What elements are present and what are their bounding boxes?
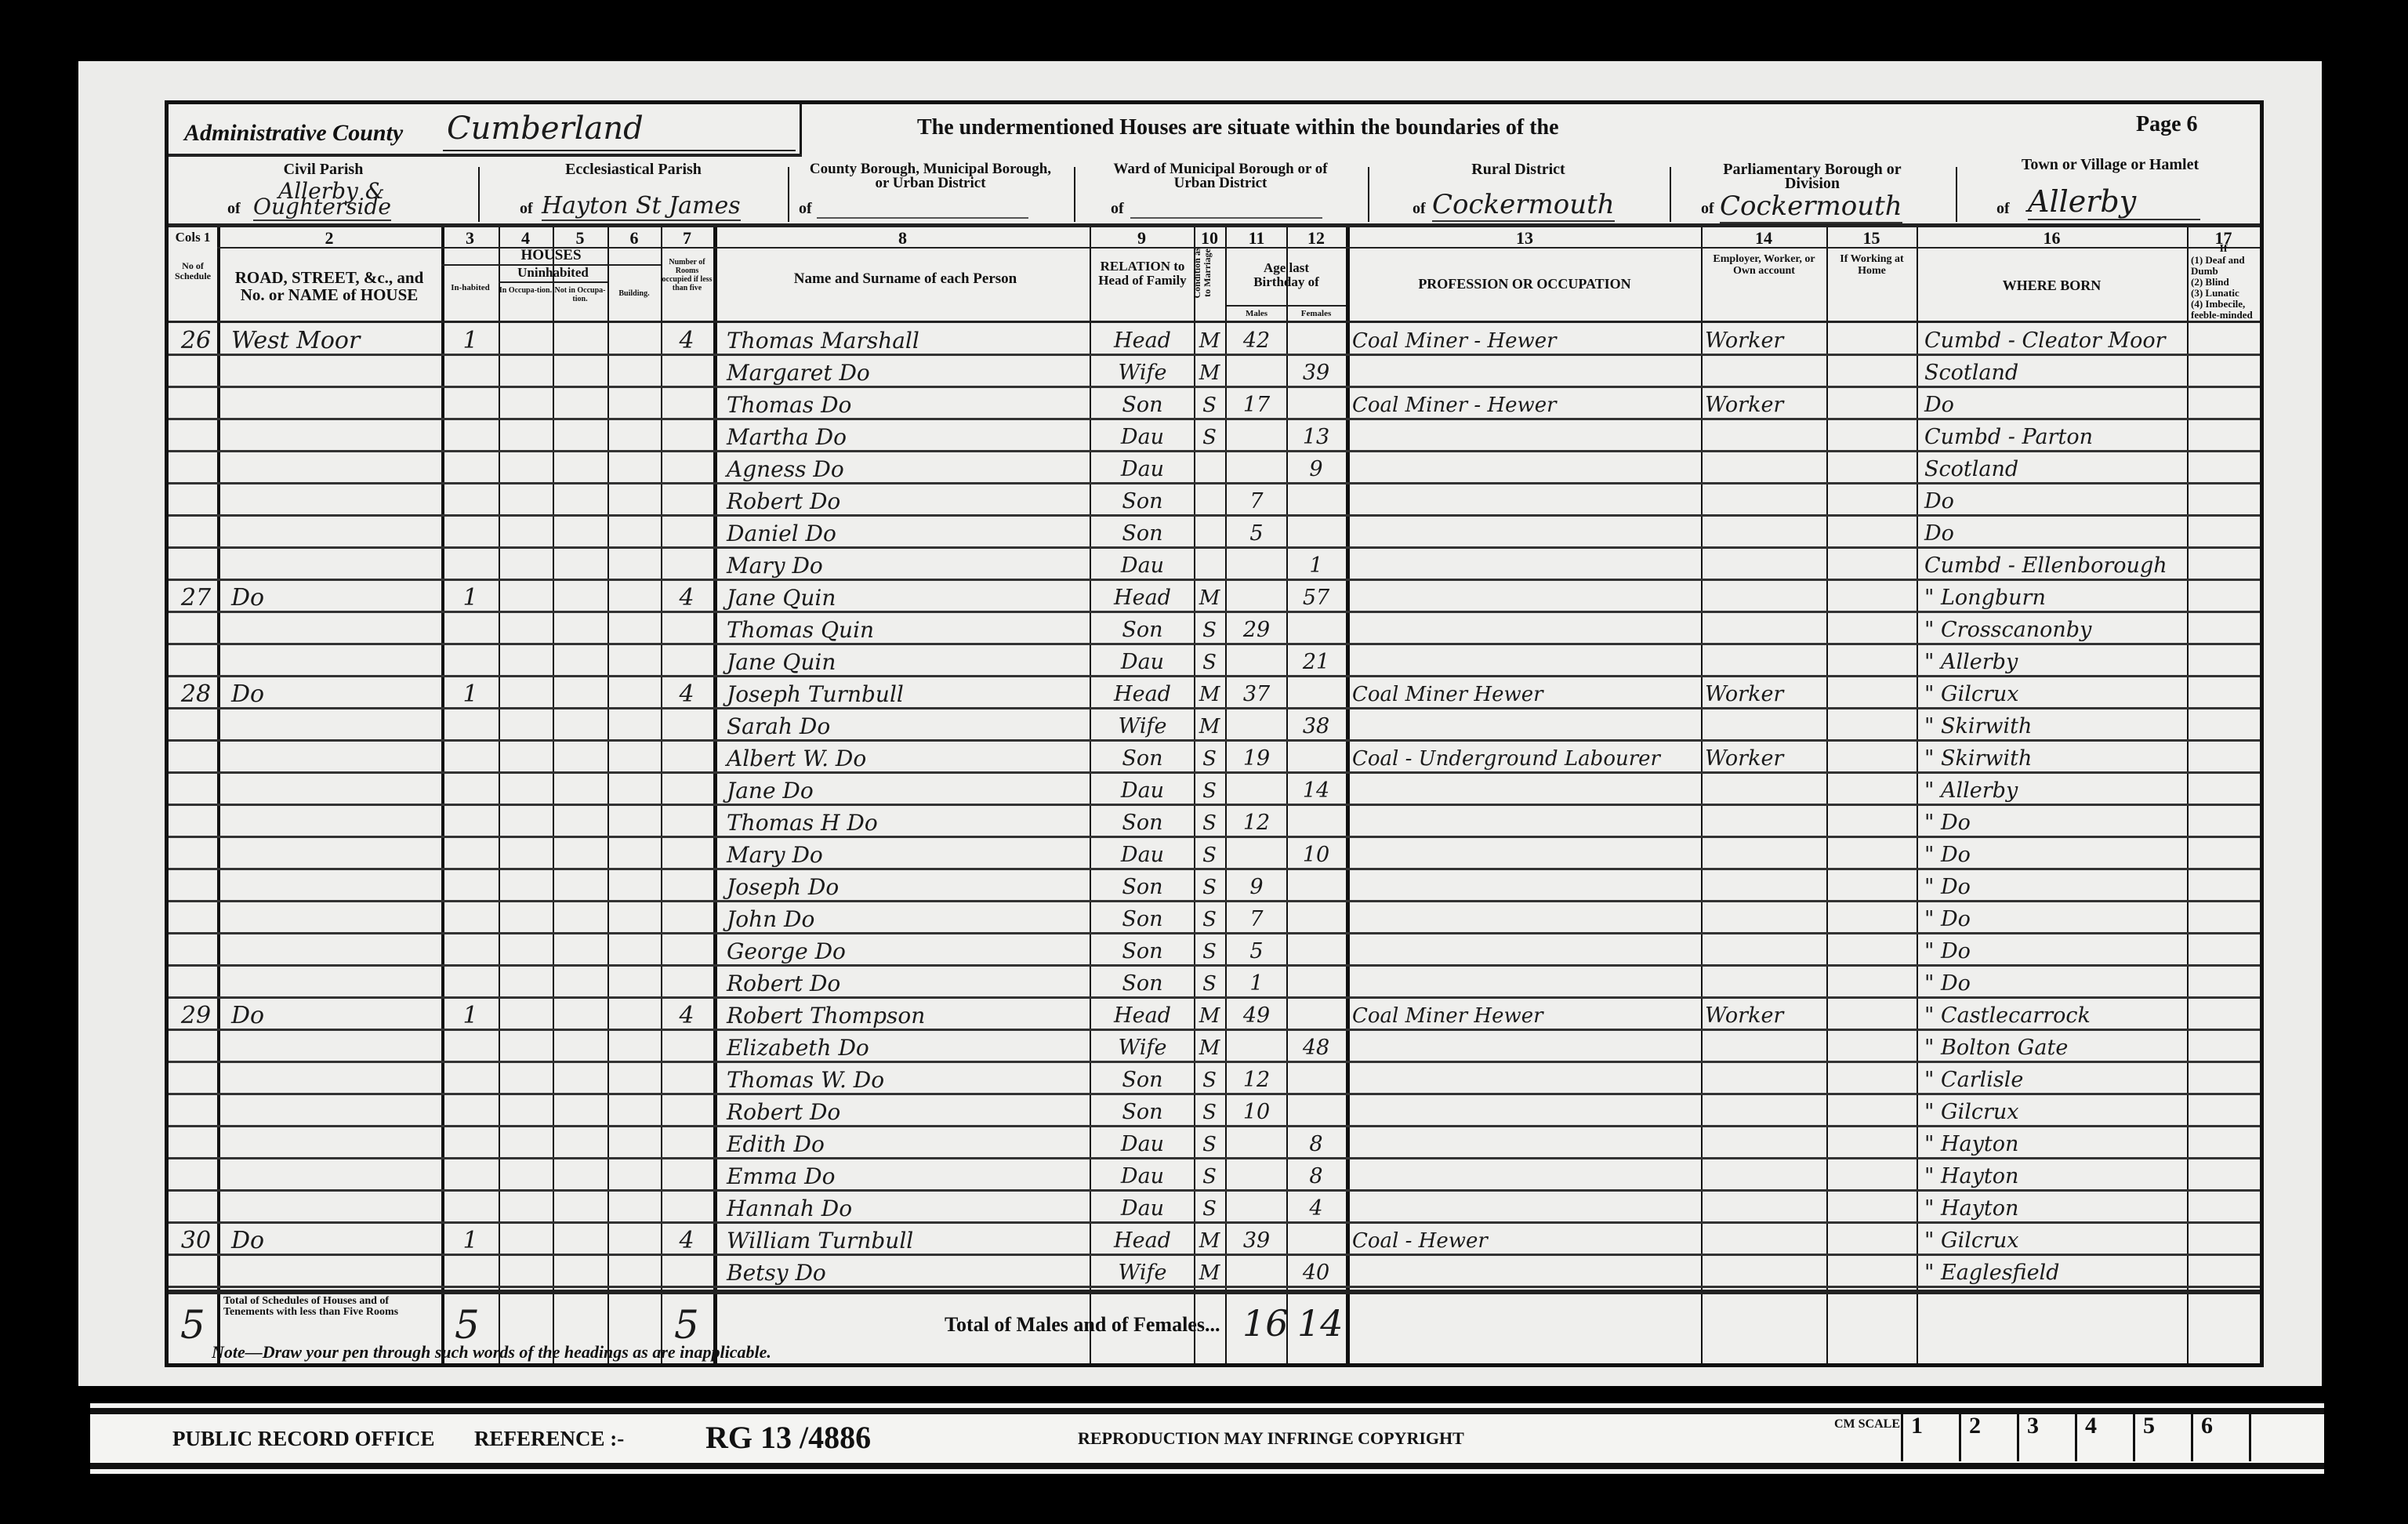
census-row: Mary DoDau1Cumbd - Ellenborough xyxy=(169,549,2260,581)
total-inhabited: 5 xyxy=(455,1302,480,1348)
cell-inhabited xyxy=(443,902,498,934)
road-header: ROAD, STREET, &c., and No. or NAME of HO… xyxy=(223,269,435,303)
cell-relation: Son xyxy=(1093,484,1191,517)
cell-name: Robert Thompson xyxy=(727,999,1087,1031)
cell-rooms: 4 xyxy=(662,677,711,709)
cell-condition: M xyxy=(1194,1256,1225,1288)
cell-female-age xyxy=(1286,517,1346,549)
rural-district-label: Rural District xyxy=(1369,162,1667,176)
of-label: of xyxy=(1701,200,1714,218)
cell-condition: M xyxy=(1194,356,1225,388)
cell-female-age xyxy=(1286,967,1346,999)
cell-born: " Eaglesfield xyxy=(1924,1256,2183,1288)
col-number: 4 xyxy=(499,228,553,249)
census-row: Daniel DoSon5Do xyxy=(169,517,2260,549)
cell-road xyxy=(231,356,435,388)
cell-female-age xyxy=(1286,613,1346,645)
cell-road xyxy=(231,709,435,742)
census-row: 30Do14William TurnbullHeadM39Coal - Hewe… xyxy=(169,1224,2260,1256)
cell-female-age xyxy=(1286,1224,1346,1256)
cell-condition: S xyxy=(1194,870,1225,902)
census-row: 27Do14Jane QuinHeadM57" Longburn xyxy=(169,581,2260,613)
col-number: Cols 1 xyxy=(169,230,217,245)
cell-inhabited xyxy=(443,517,498,549)
cell-occupation xyxy=(1352,581,1697,613)
cell-rooms xyxy=(662,356,711,388)
parl-borough-label: Parliamentary Borough or Division xyxy=(1671,162,1953,190)
cell-employer xyxy=(1705,452,1822,484)
cell-name: Thomas H Do xyxy=(727,806,1087,838)
cell-relation: Dau xyxy=(1093,1159,1191,1192)
cell-road xyxy=(231,1127,435,1159)
cell-name: Robert Do xyxy=(727,1095,1087,1127)
cell-relation: Son xyxy=(1093,870,1191,902)
cell-relation: Son xyxy=(1093,1095,1191,1127)
cell-schedule xyxy=(175,934,217,967)
county-borough-blank xyxy=(817,217,1028,219)
scale-mark: 2 xyxy=(1959,1410,2015,1461)
cell-born: " Longburn xyxy=(1924,581,2183,613)
cell-schedule xyxy=(175,388,217,420)
cell-occupation xyxy=(1352,870,1697,902)
cell-inhabited xyxy=(443,742,498,774)
cell-rooms: 4 xyxy=(662,581,711,613)
cell-condition: M xyxy=(1194,677,1225,709)
col-number: 11 xyxy=(1227,228,1286,249)
cell-schedule xyxy=(175,1095,217,1127)
cell-condition: S xyxy=(1194,1159,1225,1192)
census-row: Thomas W. DoSonS12" Carlisle xyxy=(169,1063,2260,1095)
town-box: Town or Village or Hamlet of Allerby xyxy=(1957,158,2263,223)
cell-employer xyxy=(1705,838,1822,870)
cell-male-age: 12 xyxy=(1227,1063,1286,1095)
cell-condition: S xyxy=(1194,967,1225,999)
cell-schedule: 26 xyxy=(175,324,217,356)
cell-schedule xyxy=(175,1192,217,1224)
cell-road xyxy=(231,484,435,517)
divider xyxy=(169,154,802,157)
header-divider xyxy=(169,223,2260,227)
census-row: John DoSonS7" Do xyxy=(169,902,2260,934)
cell-employer xyxy=(1705,1192,1822,1224)
rural-district-box: Rural District of Cockermouth xyxy=(1369,158,1667,223)
cell-occupation xyxy=(1352,1031,1697,1063)
cell-employer xyxy=(1705,613,1822,645)
cell-rooms: 4 xyxy=(662,999,711,1031)
cell-occupation xyxy=(1352,806,1697,838)
cell-name: Agness Do xyxy=(727,452,1087,484)
cell-road: Do xyxy=(231,677,435,709)
cell-born: " Hayton xyxy=(1924,1159,2183,1192)
cell-road xyxy=(231,1159,435,1192)
cell-female-age: 13 xyxy=(1286,420,1346,452)
cell-schedule xyxy=(175,517,217,549)
schedule-header: No of Schedule xyxy=(169,261,217,281)
cell-employer xyxy=(1705,645,1822,677)
parl-borough-box: Parliamentary Borough or Division of Coc… xyxy=(1671,158,1953,223)
cell-born: " Do xyxy=(1924,838,2183,870)
cell-rooms xyxy=(662,774,711,806)
scale-mark: 1 xyxy=(1901,1410,1957,1461)
cell-occupation xyxy=(1352,1256,1697,1288)
cell-female-age xyxy=(1286,324,1346,356)
cell-employer xyxy=(1705,1063,1822,1095)
cell-relation: Wife xyxy=(1093,709,1191,742)
cell-male-age xyxy=(1227,709,1286,742)
cell-schedule xyxy=(175,356,217,388)
cell-born: " Gilcrux xyxy=(1924,1224,2183,1256)
cell-schedule xyxy=(175,709,217,742)
cell-condition: S xyxy=(1194,1063,1225,1095)
census-row: Thomas QuinSonS29" Crosscanonby xyxy=(169,613,2260,645)
cell-inhabited xyxy=(443,709,498,742)
cell-condition: S xyxy=(1194,420,1225,452)
cell-occupation xyxy=(1352,613,1697,645)
eccl-parish-label: Ecclesiastical Parish xyxy=(481,162,786,176)
cell-schedule xyxy=(175,1159,217,1192)
cell-female-age xyxy=(1286,1095,1346,1127)
civil-parish-box: Civil Parish Allerby & of Oughterside xyxy=(169,158,478,223)
cell-schedule xyxy=(175,742,217,774)
cell-schedule: 27 xyxy=(175,581,217,613)
uninhabited-header: Uninhabited xyxy=(499,266,607,280)
cell-employer xyxy=(1705,356,1822,388)
census-form: Administrative County Cumberland The und… xyxy=(165,100,2264,1367)
cell-female-age xyxy=(1286,388,1346,420)
cell-relation: Head xyxy=(1093,677,1191,709)
cell-name: Jane Quin xyxy=(727,581,1087,613)
cell-condition xyxy=(1194,549,1225,581)
cell-condition: S xyxy=(1194,613,1225,645)
cell-relation: Dau xyxy=(1093,420,1191,452)
cell-rooms xyxy=(662,870,711,902)
cell-road xyxy=(231,645,435,677)
cell-road xyxy=(231,1063,435,1095)
cell-born: " Do xyxy=(1924,870,2183,902)
infirmity-item: (4) Imbecile, feeble-minded xyxy=(2191,299,2261,321)
cell-employer xyxy=(1705,484,1822,517)
census-row: 29Do14Robert ThompsonHeadM49Coal Miner H… xyxy=(169,999,2260,1031)
cell-relation: Son xyxy=(1093,902,1191,934)
cell-condition: S xyxy=(1194,902,1225,934)
females-header: Females xyxy=(1286,307,1346,321)
cell-occupation: Coal Miner - Hewer xyxy=(1352,388,1697,420)
cell-relation: Dau xyxy=(1093,549,1191,581)
cell-inhabited xyxy=(443,613,498,645)
condition-header: Condition as to Marriage xyxy=(1192,245,1213,300)
cell-condition: S xyxy=(1194,1127,1225,1159)
relation-header: RELATION to Head of Family xyxy=(1093,259,1191,288)
cell-occupation xyxy=(1352,774,1697,806)
cell-male-age xyxy=(1227,1192,1286,1224)
cell-schedule xyxy=(175,549,217,581)
cell-road xyxy=(231,613,435,645)
cell-relation: Dau xyxy=(1093,1127,1191,1159)
cell-inhabited xyxy=(443,1256,498,1288)
ward-box: Ward of Municipal Borough or of Urban Di… xyxy=(1075,158,1365,223)
cell-born: " Do xyxy=(1924,902,2183,934)
cell-road: Do xyxy=(231,581,435,613)
cell-male-age xyxy=(1227,1031,1286,1063)
parl-borough-value: Cockermouth xyxy=(1720,190,1902,223)
of-label: of xyxy=(1996,200,2010,218)
cell-male-age: 9 xyxy=(1227,870,1286,902)
cell-name: Mary Do xyxy=(727,549,1087,581)
cell-schedule: 29 xyxy=(175,999,217,1031)
cell-female-age: 40 xyxy=(1286,1256,1346,1288)
ward-blank xyxy=(1130,217,1322,219)
cell-female-age: 1 xyxy=(1286,549,1346,581)
cell-male-age xyxy=(1227,581,1286,613)
cell-relation: Son xyxy=(1093,613,1191,645)
cell-relation: Wife xyxy=(1093,1256,1191,1288)
cell-male-age: 29 xyxy=(1227,613,1286,645)
cell-male-age xyxy=(1227,838,1286,870)
cell-inhabited: 1 xyxy=(443,677,498,709)
cell-male-age xyxy=(1227,774,1286,806)
cell-inhabited xyxy=(443,1063,498,1095)
cell-road: West Moor xyxy=(231,324,435,356)
cell-inhabited xyxy=(443,1159,498,1192)
home-header: If Working at Home xyxy=(1829,253,1915,277)
total-females: 14 xyxy=(1297,1302,1344,1344)
cell-condition: S xyxy=(1194,1192,1225,1224)
cell-name: Mary Do xyxy=(727,838,1087,870)
cell-inhabited xyxy=(443,452,498,484)
cell-employer xyxy=(1705,1127,1822,1159)
cell-occupation: Coal - Hewer xyxy=(1352,1224,1697,1256)
cell-male-age xyxy=(1227,645,1286,677)
cell-relation: Son xyxy=(1093,934,1191,967)
cell-rooms xyxy=(662,388,711,420)
cell-schedule xyxy=(175,967,217,999)
census-row: Betsy DoWifeM40" Eaglesfield xyxy=(169,1256,2260,1288)
cell-relation: Son xyxy=(1093,806,1191,838)
cell-rooms xyxy=(662,1095,711,1127)
cell-male-age: 39 xyxy=(1227,1224,1286,1256)
census-row: Jane DoDauS14" Allerby xyxy=(169,774,2260,806)
of-label: of xyxy=(227,200,241,218)
cell-schedule xyxy=(175,870,217,902)
cell-condition: S xyxy=(1194,806,1225,838)
total-males: 16 xyxy=(1242,1302,1289,1344)
rural-district-value: Cockermouth xyxy=(1432,189,1615,222)
cell-employer: Worker xyxy=(1705,999,1822,1031)
scale-mark: 3 xyxy=(2017,1410,2073,1461)
cell-female-age xyxy=(1286,902,1346,934)
cell-condition: S xyxy=(1194,1095,1225,1127)
occupation-header: PROFESSION OR OCCUPATION xyxy=(1348,277,1701,291)
admin-county-label: Administrative County xyxy=(184,120,403,147)
cell-inhabited xyxy=(443,774,498,806)
cell-name: Martha Do xyxy=(727,420,1087,452)
cell-female-age xyxy=(1286,870,1346,902)
cell-female-age: 8 xyxy=(1286,1127,1346,1159)
cell-inhabited xyxy=(443,1031,498,1063)
cell-relation: Head xyxy=(1093,999,1191,1031)
cell-inhabited: 1 xyxy=(443,1224,498,1256)
inhabited-header: In-habited xyxy=(443,283,498,292)
county-borough-box: County Borough, Municipal Borough, or Ur… xyxy=(789,158,1072,223)
cell-schedule xyxy=(175,1063,217,1095)
cell-occupation xyxy=(1352,709,1697,742)
census-row: George DoSonS5" Do xyxy=(169,934,2260,967)
archive-strip: PUBLIC RECORD OFFICE REFERENCE :- RG 13 … xyxy=(90,1403,2324,1474)
cell-employer xyxy=(1705,774,1822,806)
cell-employer: Worker xyxy=(1705,324,1822,356)
cell-relation: Son xyxy=(1093,967,1191,999)
cell-road xyxy=(231,1192,435,1224)
cell-road xyxy=(231,838,435,870)
cell-born: " Gilcrux xyxy=(1924,1095,2183,1127)
town-label: Town or Village or Hamlet xyxy=(1957,158,2263,172)
cell-born: Scotland xyxy=(1924,356,2183,388)
cell-born: Do xyxy=(1924,517,2183,549)
cell-condition xyxy=(1194,517,1225,549)
cell-road xyxy=(231,1095,435,1127)
admin-county-underline xyxy=(443,150,796,151)
cell-female-age xyxy=(1286,806,1346,838)
col-number: 7 xyxy=(661,228,713,249)
cell-road xyxy=(231,420,435,452)
age-header: Age last Birthday of xyxy=(1227,261,1346,289)
cell-road xyxy=(231,388,435,420)
cell-schedule xyxy=(175,838,217,870)
cell-born: " Do xyxy=(1924,934,2183,967)
cell-female-age: 10 xyxy=(1286,838,1346,870)
total-rooms: 5 xyxy=(674,1302,699,1348)
strip-rule xyxy=(90,1463,2324,1469)
cell-male-age xyxy=(1227,1256,1286,1288)
cell-female-age: 14 xyxy=(1286,774,1346,806)
cell-condition: M xyxy=(1194,1224,1225,1256)
in-occupation-header: In Occupa-tion. xyxy=(499,286,553,295)
houses-header: HOUSES xyxy=(441,249,661,263)
cell-relation: Wife xyxy=(1093,1031,1191,1063)
reference-value: RG 13 /4886 xyxy=(705,1419,871,1456)
cell-occupation: Coal Miner Hewer xyxy=(1352,999,1697,1031)
cell-rooms xyxy=(662,1031,711,1063)
col-number: 2 xyxy=(217,228,441,249)
cell-occupation xyxy=(1352,1192,1697,1224)
cell-male-age: 10 xyxy=(1227,1095,1286,1127)
cell-female-age: 8 xyxy=(1286,1159,1346,1192)
cell-employer xyxy=(1705,549,1822,581)
cell-name: Edith Do xyxy=(727,1127,1087,1159)
cell-employer xyxy=(1705,1224,1822,1256)
admin-county-value: Cumberland xyxy=(447,111,644,147)
cell-occupation xyxy=(1352,420,1697,452)
cell-born: " Gilcrux xyxy=(1924,677,2183,709)
cell-employer xyxy=(1705,902,1822,934)
cell-condition: S xyxy=(1194,838,1225,870)
cell-inhabited xyxy=(443,1127,498,1159)
cell-rooms xyxy=(662,742,711,774)
census-row: Mary DoDauS10" Do xyxy=(169,838,2260,870)
census-rows: 26West Moor14Thomas MarshallHeadM42Coal … xyxy=(169,324,2260,1288)
col-number: 13 xyxy=(1348,228,1701,249)
cell-rooms xyxy=(662,484,711,517)
eccl-parish-box: Ecclesiastical Parish of Hayton St James xyxy=(481,158,786,223)
cell-born: Do xyxy=(1924,388,2183,420)
cell-name: Joseph Do xyxy=(727,870,1087,902)
census-row: Robert DoSon7Do xyxy=(169,484,2260,517)
cell-condition: M xyxy=(1194,1031,1225,1063)
building-header: Building. xyxy=(607,289,661,298)
cell-male-age: 7 xyxy=(1227,484,1286,517)
cell-born: " Skirwith xyxy=(1924,742,2183,774)
census-row: 26West Moor14Thomas MarshallHeadM42Coal … xyxy=(169,324,2260,356)
cell-name: Betsy Do xyxy=(727,1256,1087,1288)
cell-rooms xyxy=(662,1063,711,1095)
total-schedules: 5 xyxy=(180,1302,205,1348)
col-number: 8 xyxy=(716,228,1090,249)
cell-inhabited xyxy=(443,549,498,581)
cell-occupation: Coal - Underground Labourer xyxy=(1352,742,1697,774)
cell-born: " Do xyxy=(1924,806,2183,838)
census-row: Joseph DoSonS9" Do xyxy=(169,870,2260,902)
cell-name: Jane Quin xyxy=(727,645,1087,677)
cell-born: " Crosscanonby xyxy=(1924,613,2183,645)
cell-rooms xyxy=(662,1192,711,1224)
census-row: Thomas H DoSonS12" Do xyxy=(169,806,2260,838)
born-header: WHERE BORN xyxy=(1917,278,2187,292)
note: Note—Draw your pen through such words of… xyxy=(212,1342,771,1363)
cell-male-age: 7 xyxy=(1227,902,1286,934)
cell-schedule xyxy=(175,1031,217,1063)
cell-rooms xyxy=(662,1159,711,1192)
cell-male-age: 49 xyxy=(1227,999,1286,1031)
cell-employer xyxy=(1705,870,1822,902)
cell-road xyxy=(231,1256,435,1288)
cell-road xyxy=(231,806,435,838)
cell-occupation xyxy=(1352,1063,1697,1095)
cell-male-age: 5 xyxy=(1227,934,1286,967)
cell-occupation xyxy=(1352,967,1697,999)
cell-female-age xyxy=(1286,677,1346,709)
cell-relation: Son xyxy=(1093,1063,1191,1095)
census-row: Emma DoDauS8" Hayton xyxy=(169,1159,2260,1192)
total-schedules-label: Total of Schedules of Houses and of Tene… xyxy=(223,1296,435,1318)
cell-name: Margaret Do xyxy=(727,356,1087,388)
cell-schedule: 30 xyxy=(175,1224,217,1256)
cell-male-age: 17 xyxy=(1227,388,1286,420)
cell-rooms xyxy=(662,420,711,452)
cell-born: " Carlisle xyxy=(1924,1063,2183,1095)
cell-male-age xyxy=(1227,420,1286,452)
of-label: of xyxy=(1111,200,1124,218)
cell-male-age xyxy=(1227,549,1286,581)
cell-employer xyxy=(1705,517,1822,549)
cell-condition: S xyxy=(1194,934,1225,967)
totals-top-rule xyxy=(169,1290,2260,1294)
cell-female-age: 38 xyxy=(1286,709,1346,742)
cell-road xyxy=(231,774,435,806)
cell-rooms xyxy=(662,934,711,967)
cell-relation: Son xyxy=(1093,388,1191,420)
cell-employer xyxy=(1705,1159,1822,1192)
cell-employer xyxy=(1705,806,1822,838)
cell-employer xyxy=(1705,420,1822,452)
cell-relation: Dau xyxy=(1093,1192,1191,1224)
cell-name: Thomas Do xyxy=(727,388,1087,420)
cell-road xyxy=(231,517,435,549)
cell-male-age: 5 xyxy=(1227,517,1286,549)
not-in-occupation-header: Not in Occupa-tion. xyxy=(553,286,607,303)
cell-inhabited xyxy=(443,388,498,420)
census-row: Robert DoSonS10" Gilcrux xyxy=(169,1095,2260,1127)
census-row: Margaret DoWifeM39Scotland xyxy=(169,356,2260,388)
